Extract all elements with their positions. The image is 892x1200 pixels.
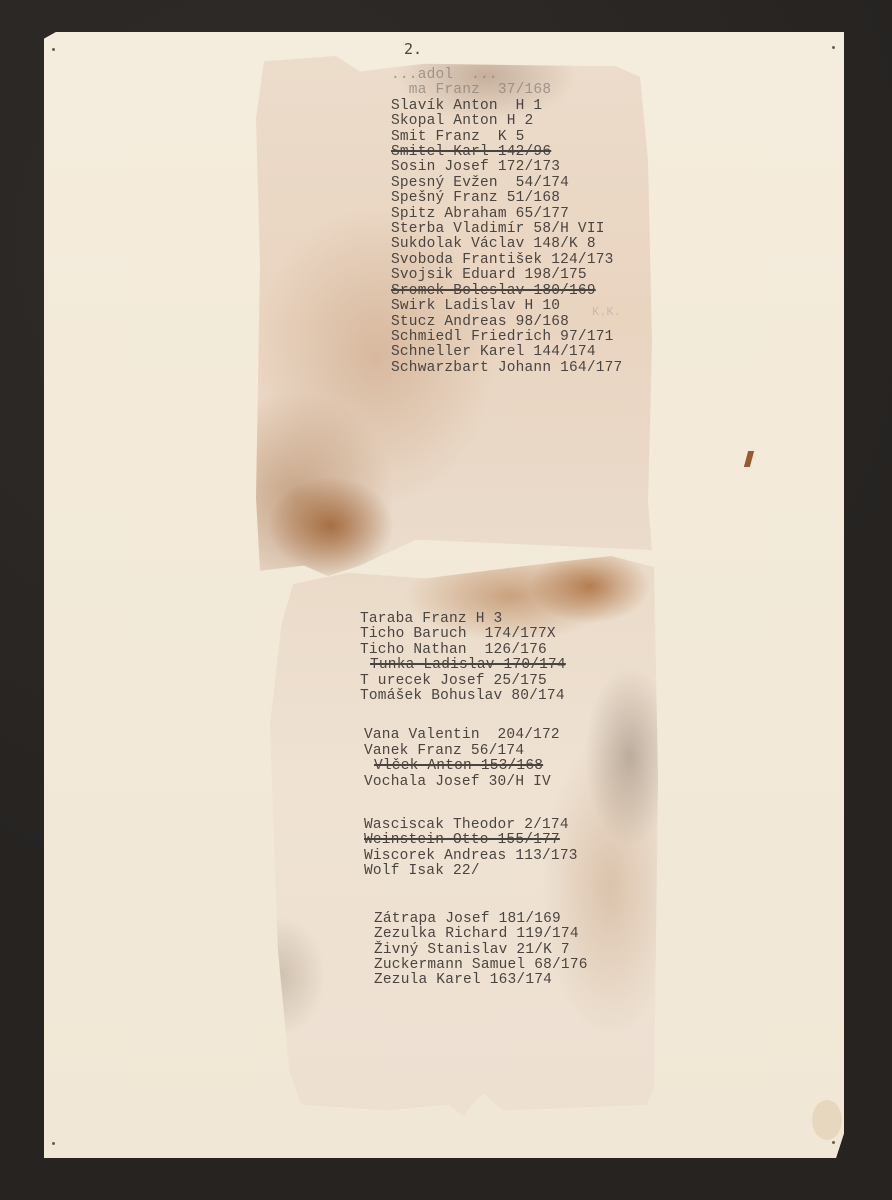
list-entry: Sosin Josef 172/173 (391, 160, 622, 175)
list-entry: Svoboda František 124/173 (391, 253, 622, 268)
list-entry: Weinstein Otto 155/177 (364, 833, 588, 848)
name-group-w: Wasciscak Theodor 2/174Weinstein Otto 15… (360, 818, 588, 880)
name-group-t: Taraba Franz H 3Ticho Baruch 174/177XTic… (360, 612, 588, 704)
list-entry: Wolf Isak 22/ (364, 864, 588, 879)
list-entry: Spesný Evžen 54/174 (391, 176, 622, 191)
list-entry: Svojsik Eduard 198/175 (391, 268, 622, 283)
name-group-z: Zátrapa Josef 181/169Zezulka Richard 119… (360, 912, 588, 989)
list-entry: Smit Franz K 5 (391, 130, 622, 145)
list-entry: Tunka Ladislav 170/174 (360, 658, 588, 673)
list-entry: Wiscorek Andreas 113/173 (364, 849, 588, 864)
corner-pin-mark (832, 1141, 835, 1144)
list-entry: Vochala Josef 30/H IV (364, 775, 588, 790)
page-number: 2. (404, 40, 422, 58)
list-entry: Živný Stanislav 21/K 7 (374, 943, 588, 958)
list-entry: Zátrapa Josef 181/169 (374, 912, 588, 927)
top-name-list: ...adol ... ma Franz 37/168Slavík Anton … (391, 68, 622, 376)
list-entry: Schmiedl Friedrich 97/171 (391, 330, 622, 345)
corner-pin-mark (832, 46, 835, 49)
list-entry: Schneller Karel 144/174 (391, 345, 622, 360)
list-entry: Sterba Vladimír 58/H VII (391, 222, 622, 237)
list-entry: Zezulka Richard 119/174 (374, 927, 588, 942)
list-entry: Zuckermann Samuel 68/176 (374, 958, 588, 973)
list-entry: Smitel Karl 142/96 (391, 145, 622, 160)
kk-annotation: K.K. (592, 305, 621, 319)
corner-pin-mark (52, 1142, 55, 1145)
list-entry: ...adol ... (391, 68, 622, 83)
list-entry: Spešný Franz 51/168 (391, 191, 622, 206)
list-entry: Sukdolak Václav 148/K 8 (391, 237, 622, 252)
list-entry: Vanek Franz 56/174 (364, 744, 588, 759)
list-entry: Vlček Anton 153/168 (364, 759, 588, 774)
corner-pin-mark (52, 48, 55, 51)
list-entry: Stucz Andreas 98/168 (391, 315, 622, 330)
list-entry: Vana Valentin 204/172 (364, 728, 588, 743)
name-group-v: Vana Valentin 204/172Vanek Franz 56/174V… (360, 728, 588, 790)
list-entry: Skopal Anton H 2 (391, 114, 622, 129)
list-entry: Swirk Ladislav H 10 (391, 299, 622, 314)
list-entry: ma Franz 37/168 (391, 83, 622, 98)
list-entry: Schwarzbart Johann 164/177 (391, 361, 622, 376)
list-entry: Zezula Karel 163/174 (374, 973, 588, 988)
list-entry: Sromek Boleslav 180/169 (391, 284, 622, 299)
list-entry: Wasciscak Theodor 2/174 (364, 818, 588, 833)
list-entry: Slavík Anton H 1 (391, 99, 622, 114)
list-entry: Spitz Abraham 65/177 (391, 207, 622, 222)
list-entry: Tomášek Bohuslav 80/174 (360, 689, 588, 704)
list-entry: Taraba Franz H 3 (360, 612, 588, 627)
bottom-name-list: Taraba Franz H 3Ticho Baruch 174/177XTic… (360, 612, 588, 1013)
list-entry: Ticho Nathan 126/176 (360, 643, 588, 658)
list-entry: Ticho Baruch 174/177X (360, 627, 588, 642)
list-entry: T urecek Josef 25/175 (360, 674, 588, 689)
faint-stain (812, 1100, 842, 1140)
